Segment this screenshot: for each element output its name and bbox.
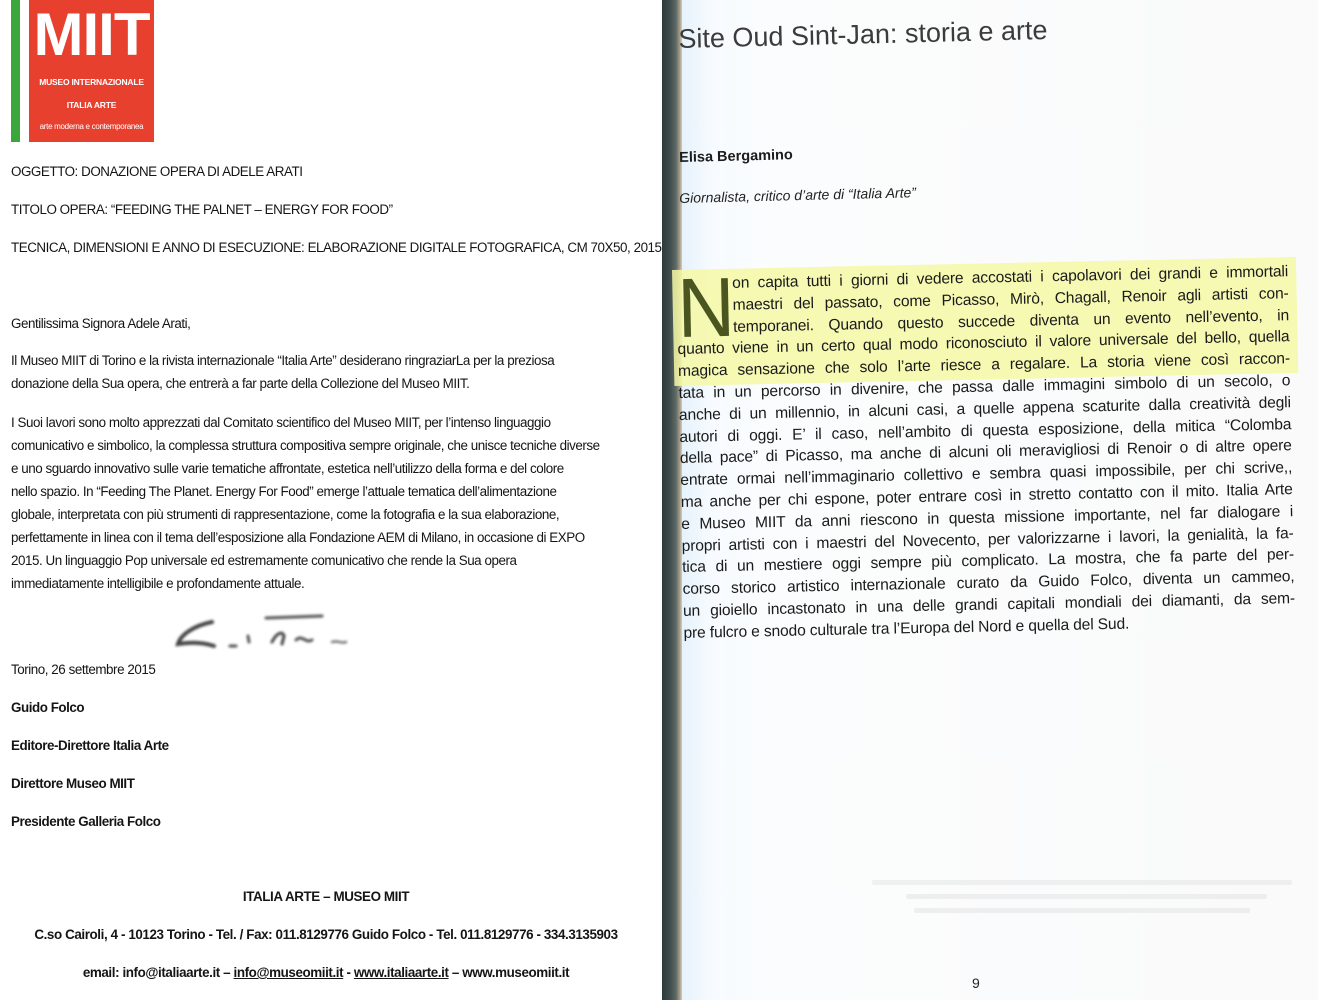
letter-paragraph-1: Il Museo MIIT di Torino e la rivista int… <box>11 349 651 395</box>
magazine-page: Site Oud Sint-Jan: storia e arte Elisa B… <box>682 0 1318 1000</box>
letter-work-title: TITOLO OPERA: “FEEDING THE PALNET – ENER… <box>11 198 393 221</box>
letter-technique: TECNICA, DIMENSIONI E ANNO DI ESECUZIONE… <box>11 236 662 259</box>
page-number: 9 <box>972 975 980 991</box>
signer-title-2: Direttore Museo MIIT <box>11 772 134 795</box>
logo-green-stripe <box>11 0 20 142</box>
footer-web-museomiit: – www.museomiit.it <box>449 965 570 980</box>
web-link-italiaarte[interactable]: www.italiaarte.it <box>354 965 449 980</box>
signer-title-3: Presidente Galleria Folco <box>11 810 161 833</box>
signer-title-1: Editore-Direttore Italia Arte <box>11 734 169 757</box>
logo-tagline: arte moderna e contemporanea <box>29 122 154 131</box>
letter-date-place: Torino, 26 settembre 2015 <box>11 658 155 681</box>
article-author: Elisa Bergamino <box>679 147 793 166</box>
paragraph-line: e uno sguardo innovativo sulle varie tem… <box>11 457 651 480</box>
logo-title: MIIT <box>31 2 152 68</box>
paragraph-line: globale, interpretata con più strumenti … <box>11 503 651 526</box>
paragraph-line: Il Museo MIIT di Torino e la rivista int… <box>11 349 651 372</box>
letter-salutation: Gentilissima Signora Adele Arati, <box>11 312 190 335</box>
paragraph-line: comunicativo e simbolico, la complessa s… <box>11 434 651 457</box>
miit-logo: MIIT MUSEO INTERNAZIONALE ITALIA ARTE ar… <box>29 0 154 142</box>
email-link-museomiit[interactable]: info@museomiit.it <box>234 965 344 980</box>
paragraph-line: I Suoi lavori sono molto apprezzati dal … <box>11 411 651 434</box>
logo-subtitle-2: ITALIA ARTE <box>29 100 154 110</box>
paragraph-line: 2015. Un linguaggio Pop universale ed es… <box>11 549 651 572</box>
footer-organization: ITALIA ARTE – MUSEO MIIT <box>0 887 652 907</box>
bleed-through-text <box>872 880 1292 940</box>
drop-cap: N <box>676 265 735 350</box>
article-body: N on capita tutti i giorni di vedere acc… <box>676 261 1296 644</box>
donation-letter: MIIT MUSEO INTERNAZIONALE ITALIA ARTE ar… <box>0 0 662 1000</box>
signer-name: Guido Folco <box>11 696 84 719</box>
footer-address: C.so Cairoli, 4 - 10123 Torino - Tel. / … <box>0 925 652 945</box>
paragraph-line: donazione della Sua opera, che entrerà a… <box>11 372 651 395</box>
footer-separator: - <box>343 965 354 980</box>
article-title: Site Oud Sint-Jan: storia e arte <box>678 15 1048 55</box>
paragraph-line: nello spazio. In “Feeding The Planet. En… <box>11 480 651 503</box>
paragraph-line: perfettamente in linea con il tema dell’… <box>11 526 651 549</box>
logo-subtitle-1: MUSEO INTERNAZIONALE <box>29 77 154 87</box>
signature-image <box>172 612 387 658</box>
letter-paragraph-2: I Suoi lavori sono molto apprezzati dal … <box>11 411 651 595</box>
footer-email-label: email: info@italiaarte.it – <box>83 965 234 980</box>
article-author-role: Giornalista, critico d’arte di “Italia A… <box>679 184 916 206</box>
footer-contacts: email: info@italiaarte.it – info@museomi… <box>0 963 652 983</box>
letter-subject: OGGETTO: DONAZIONE OPERA DI ADELE ARATI <box>11 160 303 183</box>
paragraph-line: immediatamente intelligibile e profondam… <box>11 572 651 595</box>
